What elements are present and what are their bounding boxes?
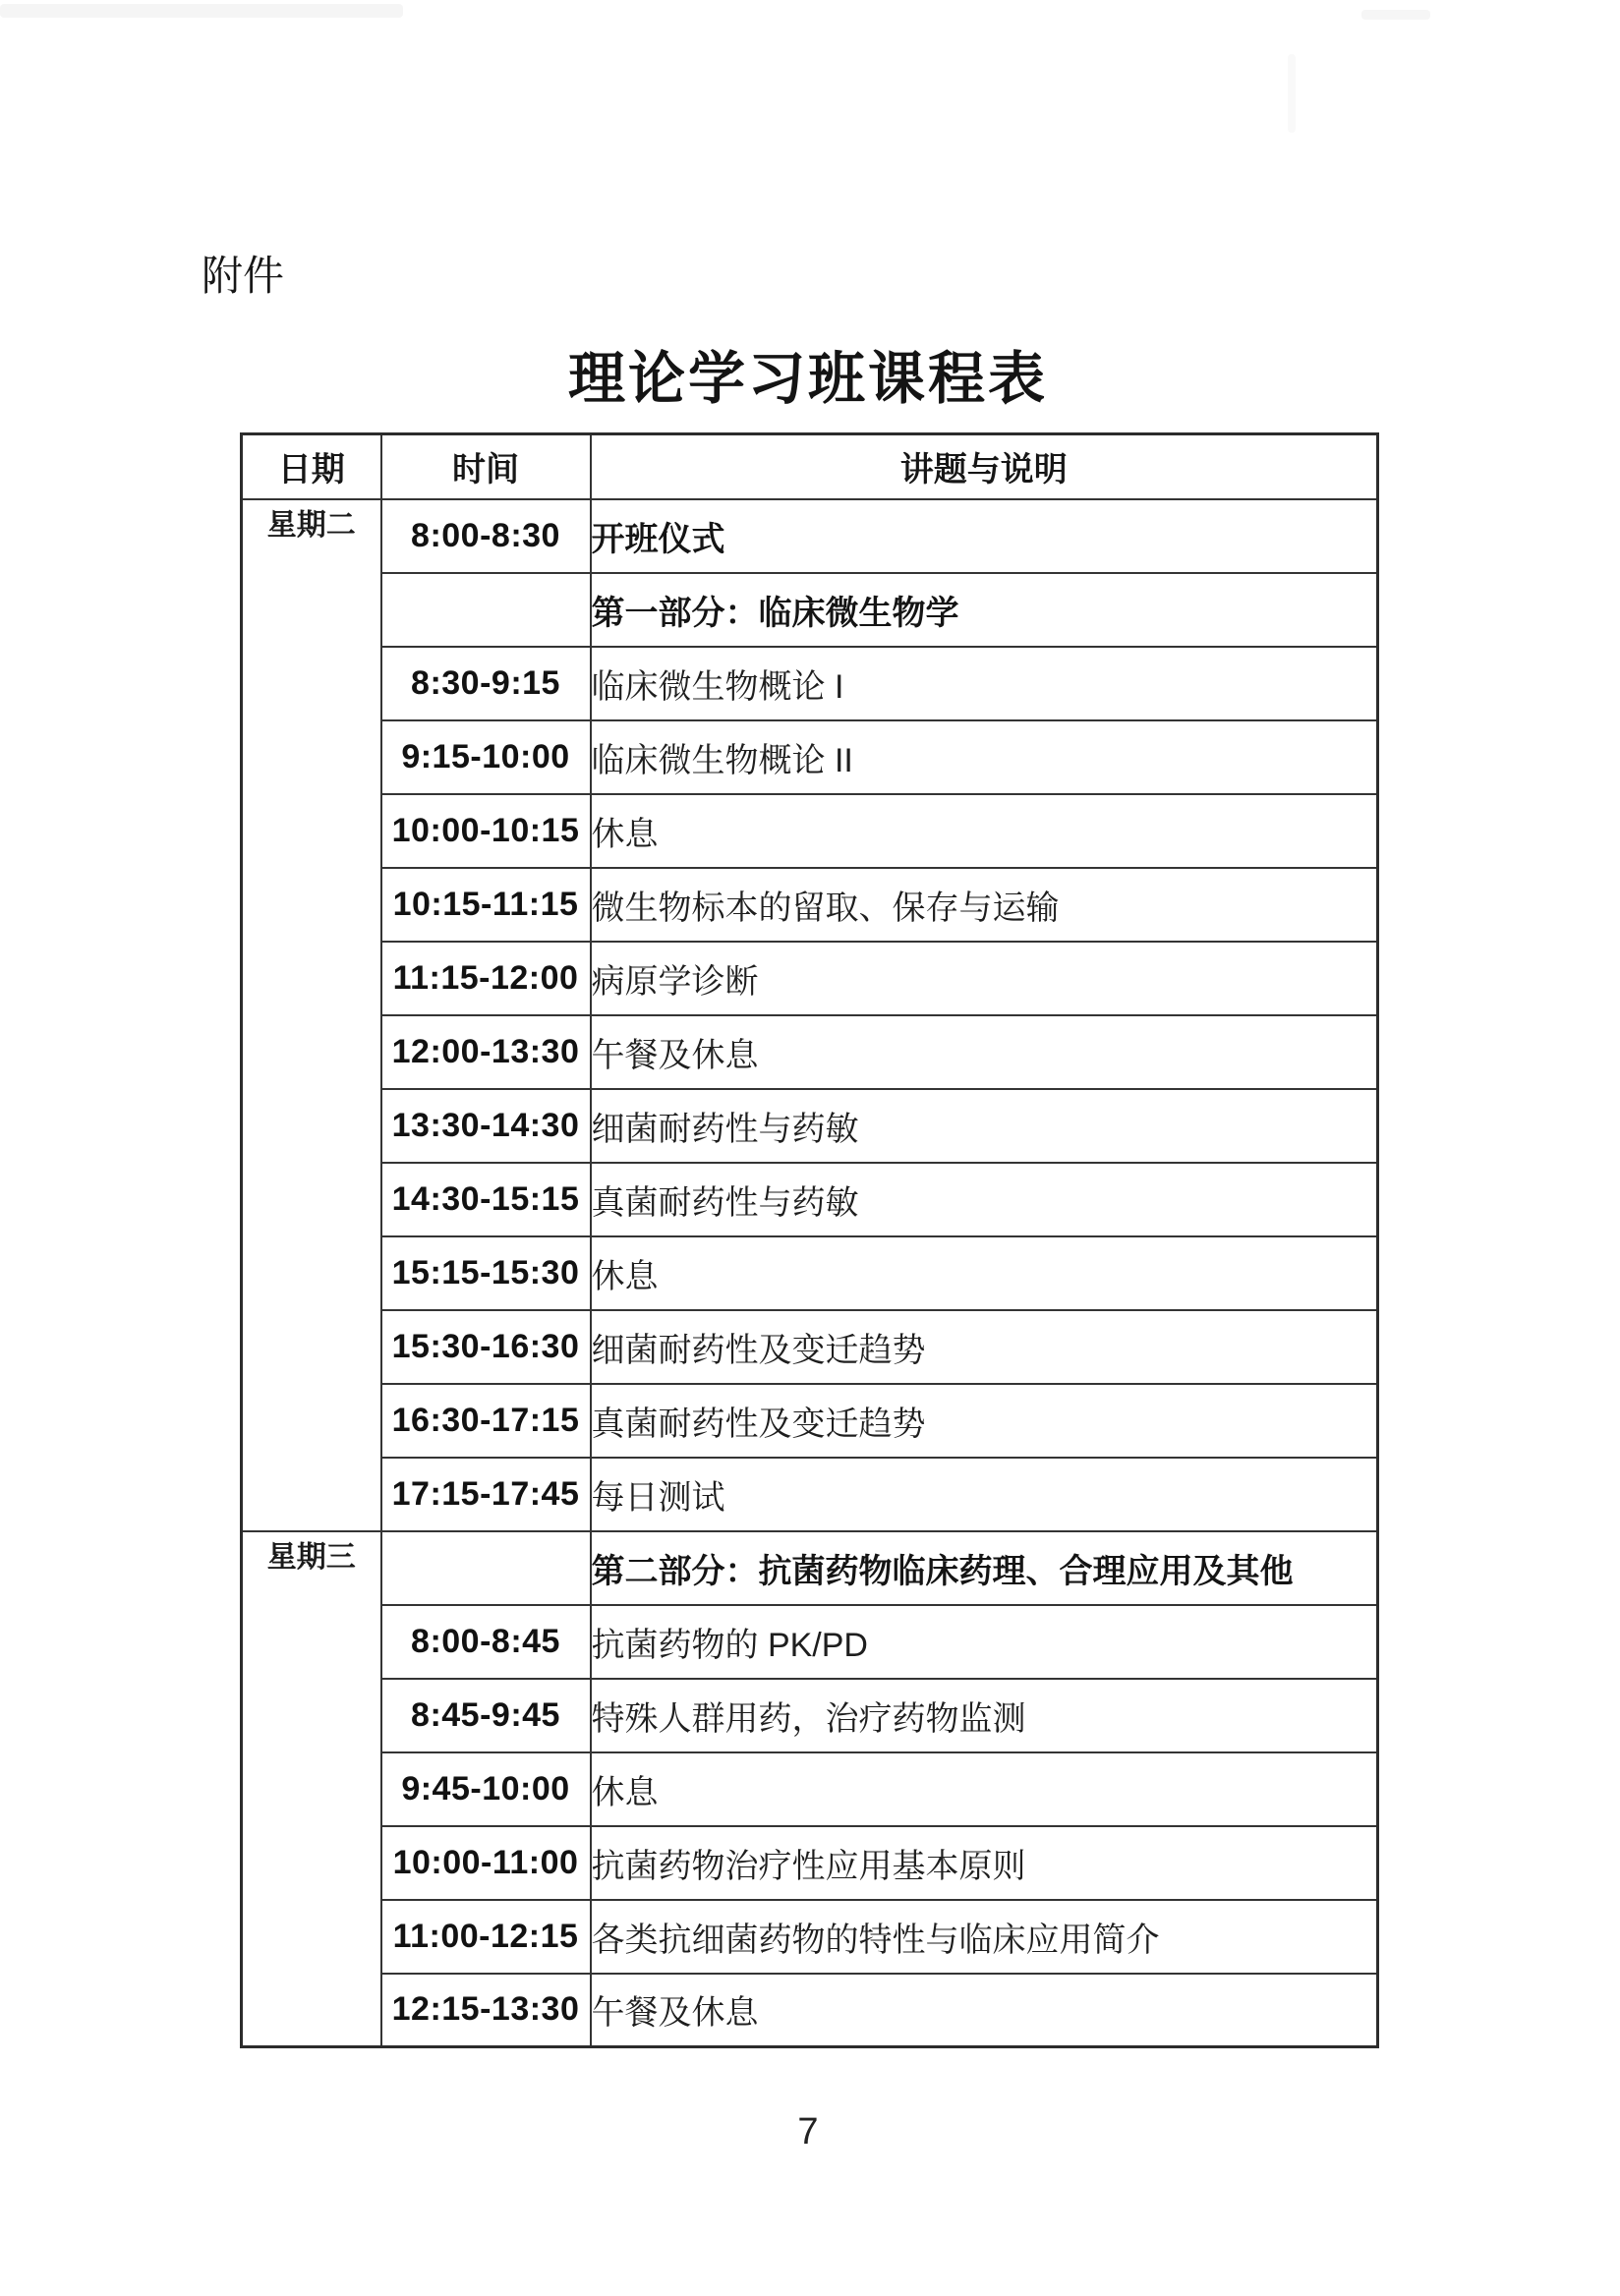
schedule-row: 10:15-11:15 微生物标本的留取、保存与运输	[242, 868, 1378, 942]
day-cell: 星期三	[242, 1531, 381, 2047]
time-cell: 9:15-10:00	[381, 720, 591, 794]
topic-cell: 临床微生物概论 I	[591, 647, 1378, 720]
time-cell	[381, 573, 591, 647]
time-cell	[381, 1531, 591, 1605]
time-cell: 8:00-8:45	[381, 1605, 591, 1679]
schedule-row: 15:15-15:30 休息	[242, 1236, 1378, 1310]
time-cell: 14:30-15:15	[381, 1163, 591, 1236]
time-cell: 10:00-10:15	[381, 794, 591, 868]
time-cell: 8:45-9:45	[381, 1679, 591, 1752]
time-cell: 12:00-13:30	[381, 1015, 591, 1089]
time-cell: 12:15-13:30	[381, 1974, 591, 2047]
schedule-row: 星期二 8:00-8:30 开班仪式	[242, 499, 1378, 573]
time-cell: 11:00-12:15	[381, 1900, 591, 1974]
schedule-row: 11:15-12:00 病原学诊断	[242, 942, 1378, 1015]
topic-cell: 各类抗细菌药物的特性与临床应用简介	[591, 1900, 1378, 1974]
schedule-row: 星期三 第二部分：抗菌药物临床药理、合理应用及其他	[242, 1531, 1378, 1605]
attachment-label: 附件	[202, 244, 284, 303]
topic-cell: 第二部分：抗菌药物临床药理、合理应用及其他	[591, 1531, 1378, 1605]
column-header-topic: 讲题与说明	[591, 434, 1378, 499]
schedule-table: 日期 时间 讲题与说明 星期二 8:00-8:30 开班仪式 第一部分：临床微生…	[240, 432, 1379, 2048]
time-cell: 11:15-12:00	[381, 942, 591, 1015]
column-header-date: 日期	[242, 434, 381, 499]
schedule-row: 10:00-11:00 抗菌药物治疗性应用基本原则	[242, 1826, 1378, 1900]
topic-cell: 抗菌药物的 PK/PD	[591, 1605, 1378, 1679]
topic-cell: 真菌耐药性与药敏	[591, 1163, 1378, 1236]
topic-cell: 抗菌药物治疗性应用基本原则	[591, 1826, 1378, 1900]
schedule-row: 14:30-15:15 真菌耐药性与药敏	[242, 1163, 1378, 1236]
schedule-row: 11:00-12:15 各类抗细菌药物的特性与临床应用简介	[242, 1900, 1378, 1974]
topic-cell: 细菌耐药性及变迁趋势	[591, 1310, 1378, 1384]
schedule-row: 8:00-8:45 抗菌药物的 PK/PD	[242, 1605, 1378, 1679]
schedule-row: 第一部分：临床微生物学	[242, 573, 1378, 647]
schedule-row: 12:15-13:30 午餐及休息	[242, 1974, 1378, 2047]
time-cell: 15:15-15:30	[381, 1236, 591, 1310]
schedule-row: 13:30-14:30 细菌耐药性与药敏	[242, 1089, 1378, 1163]
schedule-row: 15:30-16:30 细菌耐药性及变迁趋势	[242, 1310, 1378, 1384]
schedule-row: 9:45-10:00 休息	[242, 1752, 1378, 1826]
topic-cell: 病原学诊断	[591, 942, 1378, 1015]
time-cell: 8:30-9:15	[381, 647, 591, 720]
schedule-row: 16:30-17:15 真菌耐药性及变迁趋势	[242, 1384, 1378, 1458]
topic-cell: 休息	[591, 794, 1378, 868]
time-cell: 13:30-14:30	[381, 1089, 591, 1163]
time-cell: 15:30-16:30	[381, 1310, 591, 1384]
schedule-row: 9:15-10:00 临床微生物概论 II	[242, 720, 1378, 794]
schedule-row: 17:15-17:45 每日测试	[242, 1458, 1378, 1531]
topic-cell: 微生物标本的留取、保存与运输	[591, 868, 1378, 942]
topic-cell: 开班仪式	[591, 499, 1378, 573]
topic-cell: 第一部分：临床微生物学	[591, 573, 1378, 647]
topic-cell: 特殊人群用药，治疗药物监测	[591, 1679, 1378, 1752]
topic-cell: 真菌耐药性及变迁趋势	[591, 1384, 1378, 1458]
scan-artifact	[1288, 54, 1296, 133]
page-title: 理论学习班课程表	[240, 332, 1376, 415]
time-cell: 9:45-10:00	[381, 1752, 591, 1826]
schedule-row: 8:30-9:15 临床微生物概论 I	[242, 647, 1378, 720]
topic-cell: 每日测试	[591, 1458, 1378, 1531]
schedule-table-container: 日期 时间 讲题与说明 星期二 8:00-8:30 开班仪式 第一部分：临床微生…	[240, 432, 1379, 2048]
column-header-time: 时间	[381, 434, 591, 499]
time-cell: 10:15-11:15	[381, 868, 591, 942]
time-cell: 16:30-17:15	[381, 1384, 591, 1458]
topic-cell: 午餐及休息	[591, 1974, 1378, 2047]
topic-cell: 临床微生物概论 II	[591, 720, 1378, 794]
scan-artifact	[1361, 10, 1430, 20]
day-cell: 星期二	[242, 499, 381, 1531]
topic-cell: 细菌耐药性与药敏	[591, 1089, 1378, 1163]
time-cell: 17:15-17:45	[381, 1458, 591, 1531]
scan-artifact	[0, 4, 403, 18]
schedule-row: 10:00-10:15 休息	[242, 794, 1378, 868]
topic-cell: 午餐及休息	[591, 1015, 1378, 1089]
schedule-row: 12:00-13:30 午餐及休息	[242, 1015, 1378, 1089]
time-cell: 8:00-8:30	[381, 499, 591, 573]
header-row: 日期 时间 讲题与说明	[242, 434, 1378, 499]
topic-cell: 休息	[591, 1236, 1378, 1310]
topic-cell: 休息	[591, 1752, 1378, 1826]
page-number: 7	[240, 2111, 1376, 2153]
schedule-row: 8:45-9:45 特殊人群用药，治疗药物监测	[242, 1679, 1378, 1752]
time-cell: 10:00-11:00	[381, 1826, 591, 1900]
